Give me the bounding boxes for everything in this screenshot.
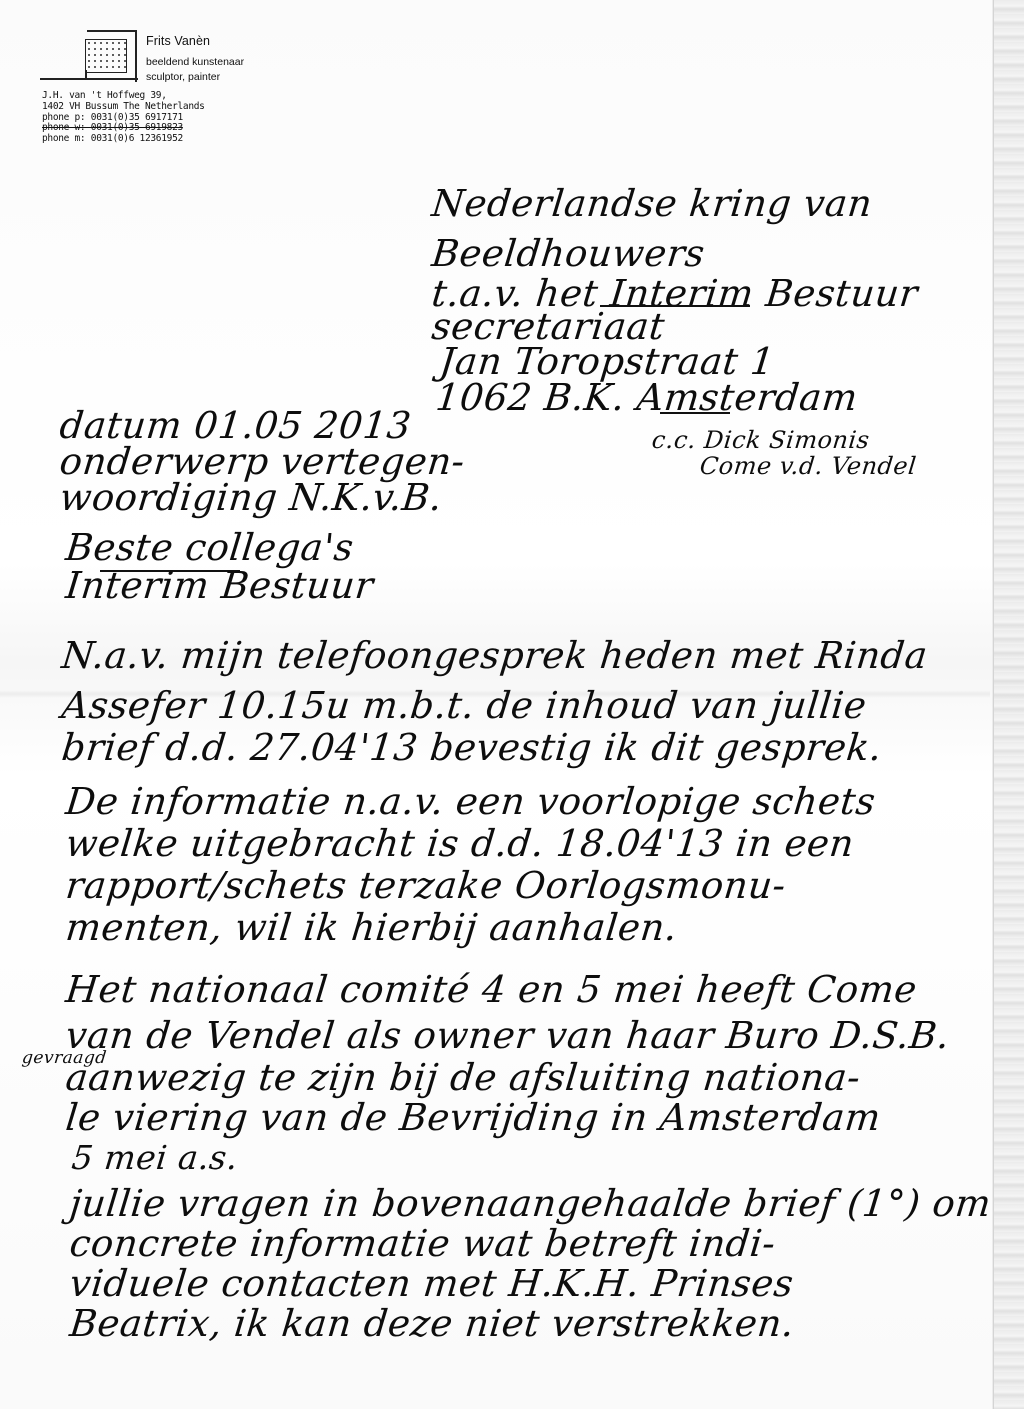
body-line: 5 mei a.s. [70,1138,240,1177]
salutation-line-1: Beste collega's [64,526,356,569]
subject-line-2: woordiging N.K.v.B. [58,476,445,519]
body-line: le viering van de Bevrijding in Amsterda… [64,1096,883,1139]
body-line: Assefer 10.15u m.b.t. de inhoud van jull… [60,684,869,727]
recipient-line-6: 1062 B.K. Amsterdam [434,376,860,419]
phone-mobile: phone m: 0031(0)6 12361952 [42,134,205,145]
address-city: 1402 VH Bussum The Netherlands [42,102,205,113]
letterhead-title-en: sculptor, painter [146,71,220,83]
letterhead-name: Frits Vanèn [146,34,210,48]
recipient-line-1: Nederlandse kring van [430,182,875,225]
body-line: brief d.d. 27.04'13 bevestig ik dit gesp… [60,726,884,769]
underline-amsterdam [660,412,730,414]
body-line: welke uitgebracht is d.d. 18.04'13 in ee… [64,822,856,865]
recipient-line-2: Beeldhouwers [430,232,707,275]
body-line: jullie vragen in bovenaangehaalde brief … [68,1182,994,1225]
plastic-sleeve-binding [993,0,1024,1409]
body-line: van de Vendel als owner van haar Buro D.… [64,1014,952,1057]
body-line: De informatie n.a.v. een voorlopige sche… [64,780,878,823]
body-line: concrete informatie wat betreft indi- [68,1222,778,1265]
body-line: menten, wil ik hierbij aanhalen. [64,906,680,949]
cc-line-1: c.c. Dick Simonis [651,426,872,454]
body-line: N.a.v. mijn telefoongesprek heden met Ri… [60,634,930,677]
letterhead-logo-icon [40,30,140,82]
body-line: aanwezig te zijn bij de afsluiting natio… [64,1056,863,1099]
body-line: Het nationaal comité 4 en 5 mei heeft Co… [64,968,919,1011]
letterhead-title-nl: beeldend kunstenaar [146,56,244,68]
letterhead-address: J.H. van 't Hoffweg 39, 1402 VH Bussum T… [42,91,205,145]
cc-line-2: Come v.d. Vendel [699,452,918,480]
body-line: rapport/schets terzake Oorlogsmonu- [64,864,788,907]
body-line: Beatrix, ik kan deze niet verstrekken. [68,1302,797,1345]
body-line: viduele contacten met H.K.H. Prinses [68,1262,796,1305]
salutation-line-2: Interim Bestuur [64,564,376,607]
